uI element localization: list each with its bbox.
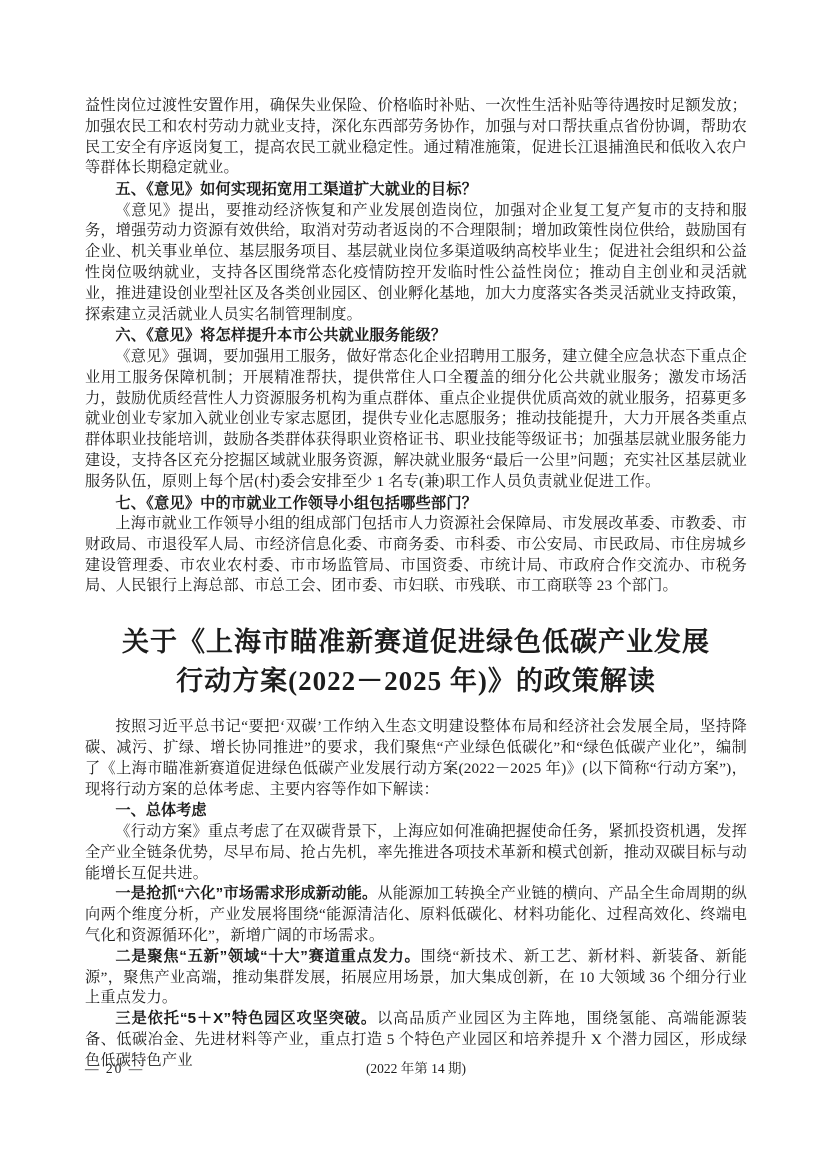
question-6-heading: 六、《意见》将怎样提升本市公共就业服务能级？	[85, 325, 747, 347]
page-footer: — 20 — (2022 年第 14 期)	[85, 1058, 747, 1080]
question-5-heading: 五、《意见》如何实现拓宽用工渠道扩大就业的目标？	[85, 179, 747, 201]
continued-paragraph: 益性岗位过渡性安置作用，确保失业保险、价格临时补贴、一次性生活补贴等待遇按时足额…	[85, 96, 747, 179]
document-page: 益性岗位过渡性安置作用，确保失业保险、价格临时补贴、一次性生活补贴等待遇按时足额…	[0, 0, 827, 1170]
question-7-heading: 七、《意见》中的市就业工作领导小组包括哪些部门？	[85, 493, 747, 515]
footer-issue-label: (2022 年第 14 期)	[85, 1058, 747, 1080]
section-1-heading: 一、总体考虑	[85, 800, 747, 822]
question-5-answer: 《意见》提出，要推动经济恢复和产业发展创造岗位，加强对企业复工复产复市的支持和服…	[85, 201, 747, 326]
overview-paragraph: 《行动方案》重点考虑了在双碳背景下，上海应如何准确把握使命任务，紧抓投资机遇，发…	[85, 822, 747, 884]
question-6-answer: 《意见》强调，要加强用工服务，做好常态化企业招聘用工服务，建立健全应急状态下重点…	[85, 347, 747, 493]
point-2-paragraph: 二是聚焦“五新”领域“十大”赛道重点发力。围绕“新技术、新工艺、新材料、新装备、…	[85, 947, 747, 1009]
point-3-lead: 三是依托“5＋X”特色园区攻坚突破。	[115, 1010, 377, 1027]
article-title-line1: 关于《上海市瞄准新赛道促进绿色低碳产业发展	[85, 623, 747, 662]
article-title: 关于《上海市瞄准新赛道促进绿色低碳产业发展 行动方案(2022－2025 年)》…	[85, 623, 747, 701]
point-1-paragraph: 一是抢抓“六化”市场需求形成新动能。从能源加工转换全产业链的横向、产品全生命周期…	[85, 884, 747, 946]
point-2-lead: 二是聚焦“五新”领域“十大”赛道重点发力。	[115, 948, 420, 965]
point-1-lead: 一是抢抓“六化”市场需求形成新动能。	[115, 885, 377, 902]
question-7-answer: 上海市就业工作领导小组的组成部门包括市人力资源社会保障局、市发展改革委、市教委、…	[85, 514, 747, 597]
article-intro-paragraph: 按照习近平总书记“要把‘双碳’工作纳入生态文明建设整体布局和经济社会发展全局，坚…	[85, 717, 747, 800]
text-block: 益性岗位过渡性安置作用，确保失业保险、价格临时补贴、一次性生活补贴等待遇按时足额…	[85, 96, 747, 1071]
article-title-line2: 行动方案(2022－2025 年)》的政策解读	[85, 662, 747, 701]
